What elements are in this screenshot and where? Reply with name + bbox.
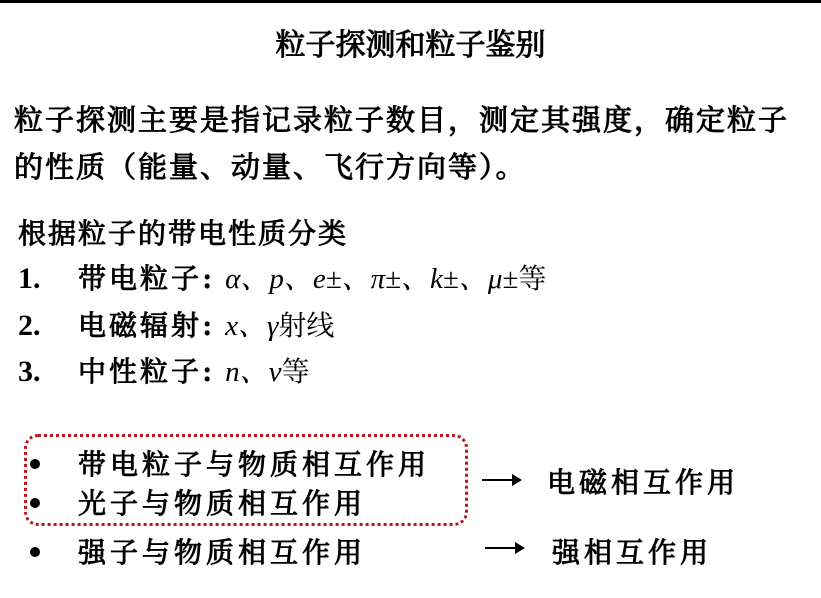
- class-tail: 等: [518, 262, 546, 295]
- class-item-neutral: 3.中性粒子: n、v等: [18, 349, 309, 390]
- class-particles: α、p、e±、π±、k±、μ±: [225, 263, 518, 295]
- class-item-charged: 1.带电粒子: α、p、e±、π±、k±、μ±等: [18, 256, 546, 297]
- intro-paragraph: 粒子探测主要是指记录粒子数目，测定其强度，确定粒子的性质（能量、动量、飞行方向等…: [14, 97, 814, 191]
- classification-heading: 根据粒子的带电性质分类: [18, 212, 348, 252]
- result-strong: 强相互作用: [552, 531, 712, 571]
- class-number: 2.: [18, 309, 78, 343]
- result-electromagnetic: 电磁相互作用: [547, 461, 739, 501]
- arrow-right-icon: [482, 479, 520, 481]
- slide-title: 粒子探测和粒子鉴别: [0, 20, 821, 64]
- class-number: 1.: [18, 262, 78, 296]
- class-particles: n、v: [225, 356, 281, 388]
- class-tail: 射线: [278, 309, 334, 342]
- class-label: 中性粒子:: [78, 355, 215, 388]
- bullet-icon: [30, 498, 40, 508]
- bullet-hadron-interaction: 强子与物质相互作用: [30, 531, 366, 571]
- bullet-text: 强子与物质相互作用: [78, 536, 366, 569]
- class-item-radiation: 2.电磁辐射: x、γ射线: [18, 303, 334, 344]
- bullet-icon: [30, 547, 40, 557]
- class-label: 带电粒子:: [78, 262, 215, 295]
- bullet-text: 光子与物质相互作用: [78, 487, 366, 520]
- bullet-charged-interaction: 带电粒子与物质相互作用: [30, 443, 430, 483]
- top-border: [0, 0, 821, 3]
- class-particles: x、γ: [225, 310, 278, 342]
- class-number: 3.: [18, 355, 78, 389]
- arrow-right-icon: [485, 547, 523, 549]
- class-label: 电磁辐射:: [78, 309, 215, 342]
- bullet-photon-interaction: 光子与物质相互作用: [30, 482, 366, 522]
- class-tail: 等: [281, 355, 309, 388]
- bullet-text: 带电粒子与物质相互作用: [78, 448, 430, 481]
- bullet-icon: [30, 459, 40, 469]
